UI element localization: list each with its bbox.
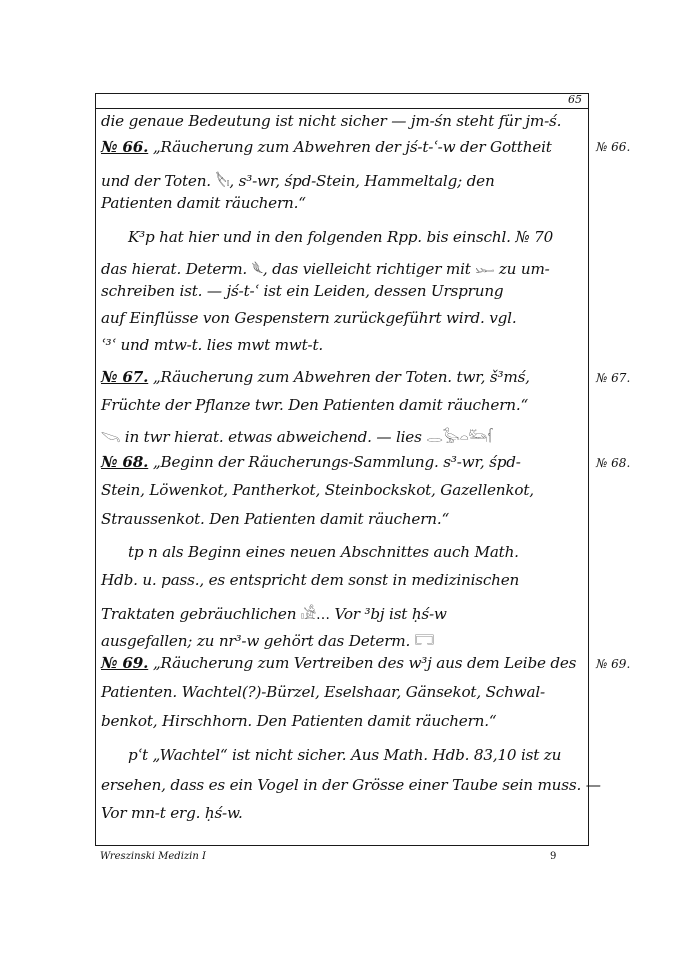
margin-note-69: № 69.: [596, 657, 630, 671]
text-line-15: Straussenkot. Den Patienten damit räuche…: [101, 510, 449, 528]
text-line-19: ausgefallen; zu nr³-w gehört das Determ.…: [101, 627, 434, 651]
text-line-7: schreiben ist. — jś-t-ʿ ist ein Leiden, …: [101, 282, 503, 300]
recipe-number-68: № 68.: [101, 453, 148, 471]
text-line-6: das hierat. Determ. 𓆰, das vielleicht ri…: [101, 255, 550, 279]
text-line-9: ʿ³ʿ und mtw-t. lies mwt mwt-t.: [101, 336, 323, 354]
text-line-4: Patienten damit räuchern.“: [101, 194, 306, 212]
recipe-68-heading: № 68. „Beginn der Räucherungs-Sammlung. …: [101, 453, 521, 471]
text-line-18: Traktaten gebräuchlichen 𓏤𓀀… Vor ³bj ist…: [101, 600, 447, 624]
text-line-3: und der Toten. 𓌸𓏤, s³-wr, śpd-Stein, Ham…: [101, 167, 495, 191]
text-line-21: Patienten. Wachtel(?)-Bürzel, Eselshaar,…: [101, 683, 545, 701]
recipe-69-heading: № 69. „Räucherung zum Vertreiben des w³j…: [101, 654, 576, 672]
determinative-icon: 𓉐: [415, 634, 434, 650]
margin-note-67: № 67.: [596, 371, 630, 385]
text-line-1: die genaue Bedeutung ist nicht sicher — …: [101, 112, 561, 130]
hieroglyph-icon: 𓂋𓅭𓏏𓃛𓆳: [426, 430, 493, 446]
text-line-8: auf Einflüsse von Gespenstern zurückgefü…: [101, 309, 516, 327]
recipe-66-heading: № 66. „Räucherung zum Abwehren der jś-t-…: [101, 138, 552, 156]
text-line-24: ersehen, dass es ein Vogel in der Grösse…: [101, 776, 601, 794]
footer-sheet-number: 9: [550, 851, 556, 862]
text-line-17: Hdb. u. pass., es entspricht dem sonst i…: [101, 571, 519, 589]
determinative-icon: 𓆱: [475, 262, 494, 278]
hieroglyph-icon: 𓌪: [101, 430, 120, 446]
text-line-22: benkot, Hirschhorn. Den Patienten damit …: [101, 712, 496, 730]
margin-note-68: № 68.: [596, 456, 630, 470]
text-line-12: 𓌪 in twr hierat. etwas abweichend. — lie…: [101, 423, 493, 447]
recipe-number-67: № 67.: [101, 368, 148, 386]
text-line-23: pʿt „Wachtel“ ist nicht sicher. Aus Math…: [128, 746, 561, 764]
text-line-14: Stein, Löwenkot, Pantherkot, Steinbocksk…: [101, 481, 534, 499]
hieroglyph-icon: 𓏤𓀀…: [301, 607, 330, 623]
footer-author-title: Wreszinski Medizin I: [100, 851, 206, 862]
margin-note-66: № 66.: [596, 140, 630, 154]
header-rule: [96, 108, 588, 109]
text-line-11: Früchte der Pflanze twr. Den Patienten d…: [101, 396, 528, 414]
text-line-5: K³p hat hier und in den folgenden Rpp. b…: [128, 228, 553, 246]
hieroglyph-icon: 𓌸𓏤: [216, 174, 230, 190]
page-number: 65: [568, 93, 582, 106]
recipe-67-heading: № 67. „Räucherung zum Abwehren der Toten…: [101, 368, 530, 386]
recipe-number-66: № 66.: [101, 138, 148, 156]
text-line-25: Vor mn-t erg. ḥś-w.: [101, 804, 243, 822]
recipe-number-69: № 69.: [101, 654, 148, 672]
text-line-16: tp n als Beginn eines neuen Abschnittes …: [128, 543, 519, 561]
determinative-icon: 𓆰: [252, 262, 263, 278]
